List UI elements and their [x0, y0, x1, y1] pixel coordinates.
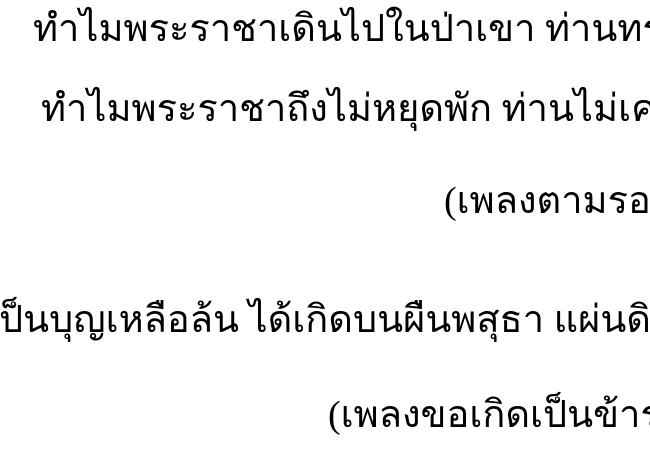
song1-lyric-line-1: ทำไมพระราชาเดินไปในป่าเขา ท่านทรงห่วงใยค… [33, 0, 650, 58]
song2-lyric-line-1: เป็นบุญเหลือล้น ได้เกิดบนผืนพสุธา แผ่นดิ… [0, 291, 650, 349]
lyrics-page: ทำไมพระราชาเดินไปในป่าเขา ท่านทรงห่วงใยค… [0, 0, 650, 450]
song1-lyric-line-2: ทำไมพระราชาถึงไม่หยุดพัก ท่านไม่เคยหยุดพ… [41, 80, 650, 138]
song1-credit: (เพลงตามรอยพระราช [444, 172, 650, 230]
song2-credit: (เพลงขอเกิดเป็นข้ารองบาททุกชาติไป [328, 386, 650, 444]
